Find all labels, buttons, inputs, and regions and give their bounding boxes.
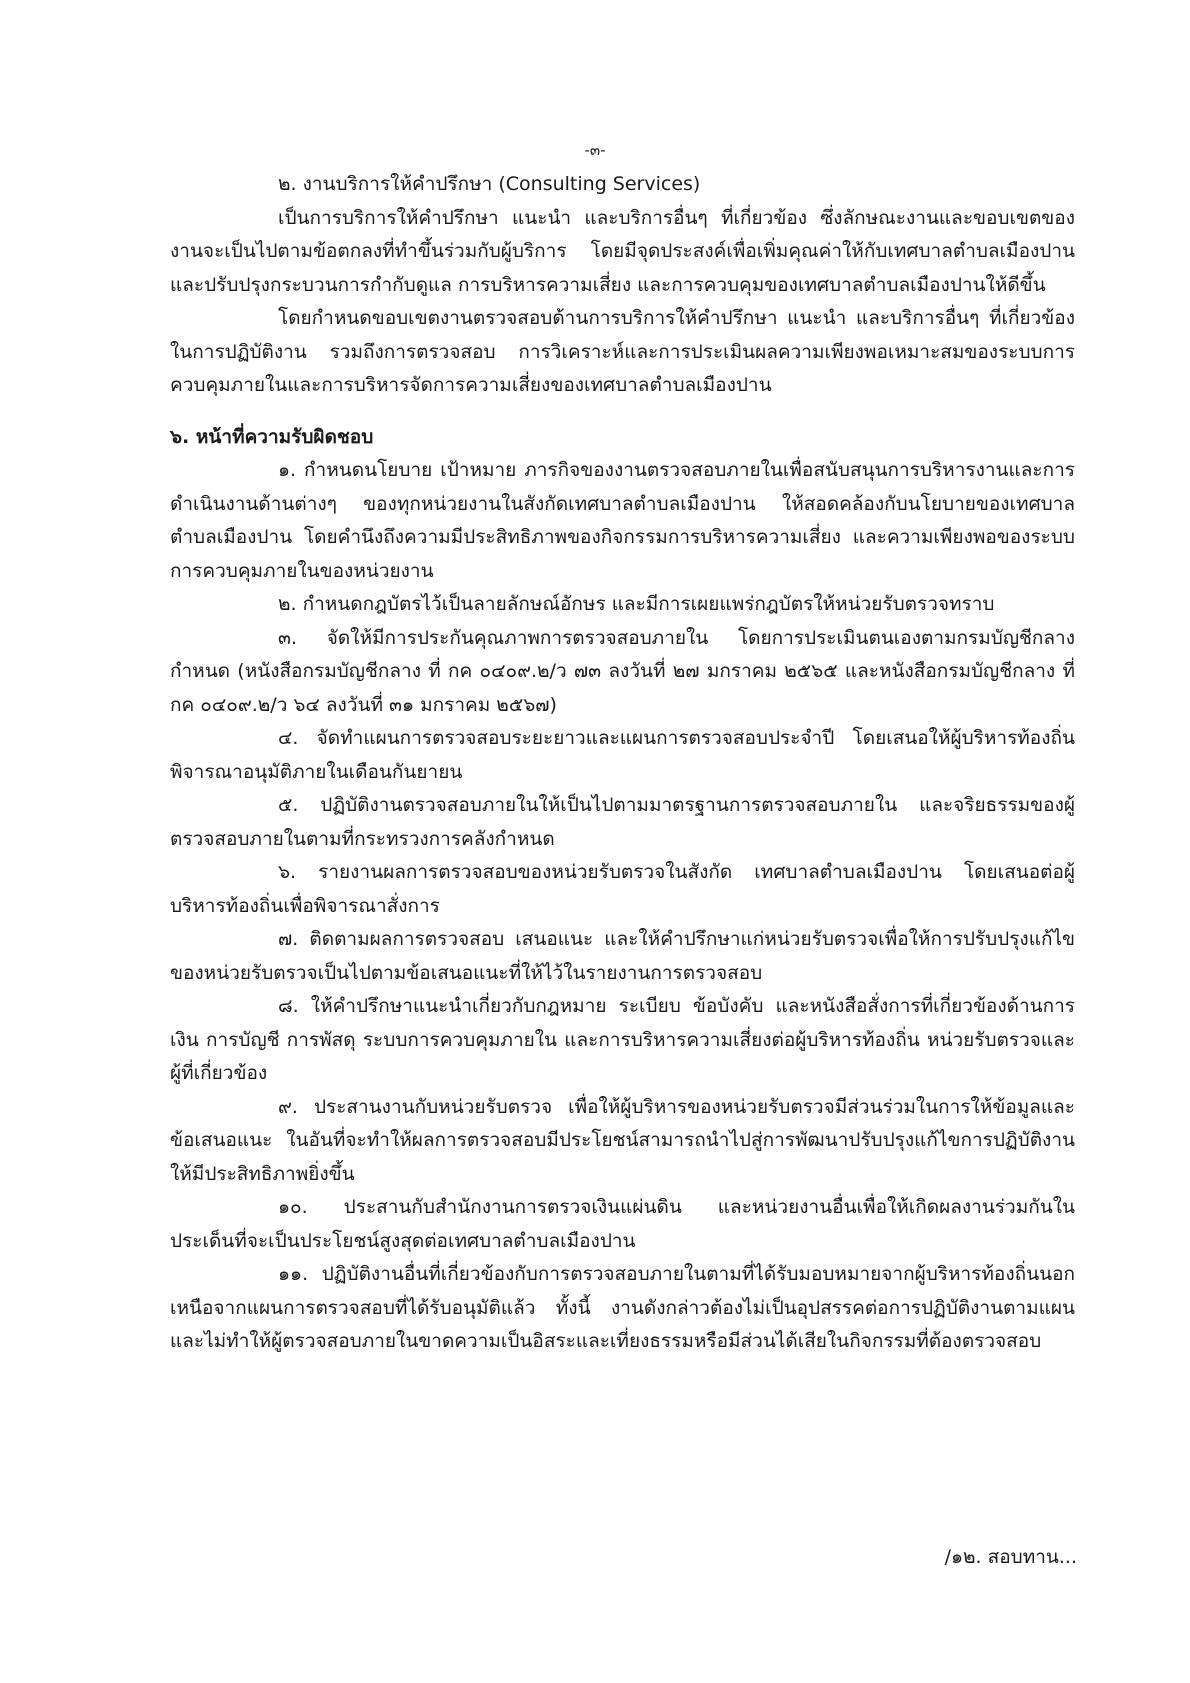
responsibility-item-7: ๗. ติดตามผลการตรวจสอบ เสนอแนะ และให้คำปร…: [170, 923, 1075, 990]
consulting-services-heading: ๒. งานบริการให้คำปรึกษา (Consulting Serv…: [170, 168, 1075, 202]
responsibilities-heading: ๖. หน้าที่ความรับผิดชอบ: [170, 421, 1075, 455]
responsibility-item-3: ๓. จัดให้มีการประกันคุณภาพการตรวจสอบภายใ…: [170, 622, 1075, 723]
responsibility-item-11: ๑๑. ปฏิบัติงานอื่นที่เกี่ยวข้องกับการตรว…: [170, 1258, 1075, 1359]
document-page: -๓- ๒. งานบริการให้คำปรึกษา (Consulting …: [0, 0, 1190, 1683]
responsibility-item-4: ๔. จัดทำแผนการตรวจสอบระยะยาวและแผนการตรว…: [170, 722, 1075, 789]
document-body: ๒. งานบริการให้คำปรึกษา (Consulting Serv…: [170, 168, 1075, 1359]
continuation-marker: /๑๒. สอบทาน...: [945, 1542, 1077, 1572]
responsibility-item-6: ๖. รายงานผลการตรวจสอบของหน่วยรับตรวจในสั…: [170, 856, 1075, 923]
responsibility-item-5: ๕. ปฏิบัติงานตรวจสอบภายในให้เป็นไปตามมาต…: [170, 789, 1075, 856]
consulting-services-section: ๒. งานบริการให้คำปรึกษา (Consulting Serv…: [170, 168, 1075, 403]
responsibility-item-10: ๑๐. ประสานกับสำนักงานการตรวจเงินแผ่นดิน …: [170, 1191, 1075, 1258]
responsibility-item-8: ๘. ให้คำปรึกษาแนะนำเกี่ยวกับกฎหมาย ระเบี…: [170, 990, 1075, 1091]
responsibility-item-1: ๑. กำหนดนโยบาย เป้าหมาย ภารกิจของงานตรวจ…: [170, 454, 1075, 588]
consulting-paragraph-2: โดยกำหนดขอบเขตงานตรวจสอบด้านการบริการให้…: [170, 302, 1075, 403]
page-number: -๓-: [0, 138, 1190, 162]
consulting-paragraph-1: เป็นการบริการให้คำปรึกษา แนะนำ และบริการ…: [170, 202, 1075, 303]
responsibilities-section: ๖. หน้าที่ความรับผิดชอบ ๑. กำหนดนโยบาย เ…: [170, 421, 1075, 1359]
responsibility-item-9: ๙. ประสานงานกับหน่วยรับตรวจ เพื่อให้ผู้บ…: [170, 1091, 1075, 1192]
responsibility-item-2: ๒. กำหนดกฎบัตรไว้เป็นลายลักษณ์อักษร และม…: [170, 588, 1075, 622]
